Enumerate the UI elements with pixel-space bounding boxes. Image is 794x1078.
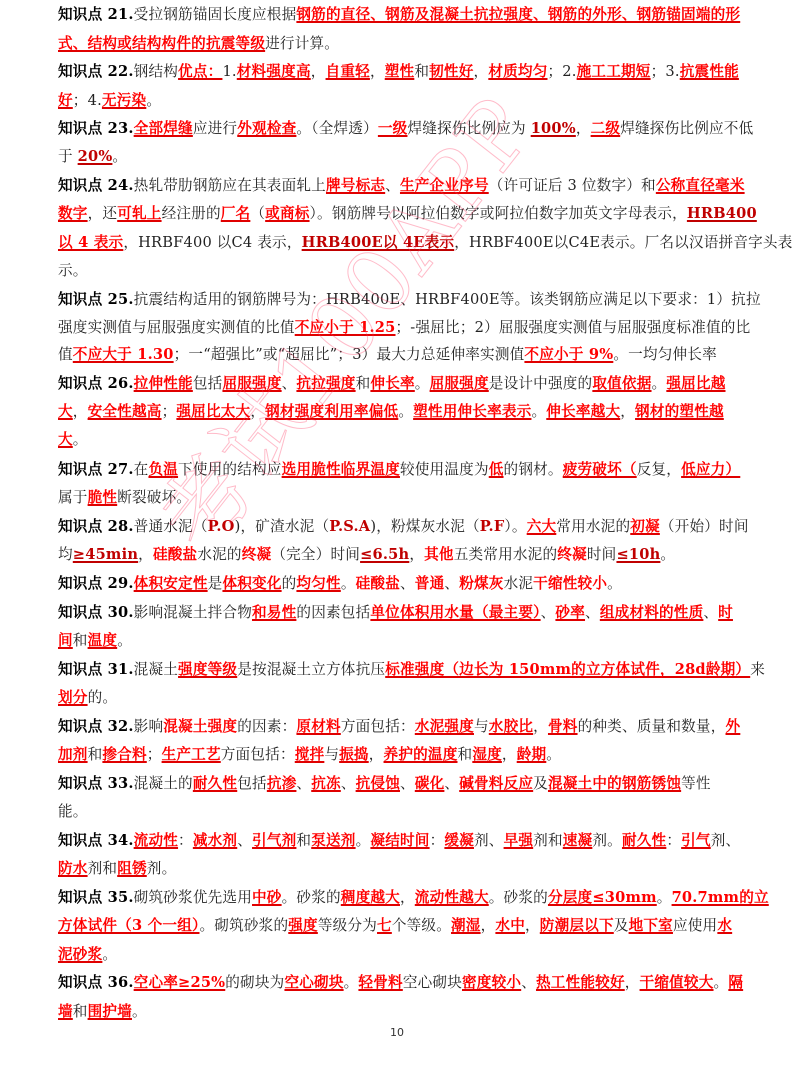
- body-text: 。: [657, 889, 672, 906]
- text-line: 数字，还可轧上经注册的厂名（或商标）。钢筋牌号以阿拉伯数字或阿拉伯数字加英文字母…: [58, 201, 757, 227]
- body-text: 的种类、质量和数量，: [578, 718, 726, 735]
- highlighted-key-term: 抗侵蚀: [356, 775, 400, 792]
- body-text: 的钢材。: [504, 461, 563, 478]
- body-text: ；-强屈比；2）屈服强度实测值与屈服强度标准值的比: [396, 319, 751, 336]
- body-text: 属于: [58, 489, 88, 506]
- knowledge-point-label: 知识点 21.: [58, 6, 134, 23]
- highlighted-key-term: 泥砂浆: [58, 946, 102, 963]
- highlighted-key-term: 疲劳破坏（: [563, 461, 637, 478]
- body-text: 断裂破坏。: [117, 489, 191, 506]
- highlighted-key-term: 以 4 表示: [58, 234, 123, 251]
- emphasized-term: 粉煤灰: [459, 575, 503, 592]
- body-text: 、: [237, 832, 252, 849]
- body-text: 剂和: [533, 832, 563, 849]
- body-text: 混凝土: [134, 661, 178, 678]
- body-text: ：: [430, 832, 445, 849]
- highlighted-value: ≤6.5h: [360, 546, 409, 563]
- highlighted-key-term: 伸长率越大: [546, 403, 620, 420]
- body-text: ）。: [504, 518, 526, 535]
- body-text: ，: [625, 974, 640, 991]
- body-text: 。砂浆的: [489, 889, 548, 906]
- body-text: ，: [400, 889, 415, 906]
- highlighted-key-term: 外: [726, 718, 741, 735]
- highlighted-key-term: 分层度≤30mm: [548, 889, 657, 906]
- emphasized-term: 终凝: [557, 546, 587, 563]
- body-text: 的。: [88, 689, 118, 706]
- body-text: 及: [614, 917, 629, 934]
- highlighted-key-term: 或商标: [265, 205, 309, 222]
- text-line: 大，安全性越高；强屈比太大，钢材强度利用率偏低。塑性用伸长率表示。伸长率越大，钢…: [58, 399, 724, 425]
- body-text: 等级分为: [318, 917, 377, 934]
- text-line: 知识点 32.影响混凝土强度的因素：原材料方面包括：水泥强度与水胶比，骨料的种类…: [58, 714, 740, 740]
- highlighted-key-term: 厂名: [221, 205, 251, 222]
- highlighted-key-term: 优点：: [178, 63, 222, 80]
- body-text: 、: [444, 775, 459, 792]
- body-text: 反复，: [637, 461, 681, 478]
- body-text: 、: [296, 775, 311, 792]
- body-text: 影响: [134, 718, 164, 735]
- highlighted-key-term: 划分: [58, 689, 88, 706]
- body-text: 个等级。: [392, 917, 451, 934]
- body-text: 混凝土的: [134, 775, 193, 792]
- body-text: 的因素包括: [296, 604, 370, 621]
- text-line: 间和温度。: [58, 628, 132, 654]
- body-text: 。: [117, 632, 132, 649]
- body-text: 均: [58, 546, 73, 563]
- highlighted-key-term: 间: [58, 632, 73, 649]
- body-text: 钢结构: [134, 63, 178, 80]
- highlighted-key-term: 方体试件（3 个一组）: [58, 917, 199, 934]
- highlighted-key-term: 标准强度（边长为 150mm的立方体试件，28d龄期）: [385, 661, 750, 678]
- knowledge-point-label: 知识点 23.: [58, 120, 134, 137]
- knowledge-point-label: 知识点 34.: [58, 832, 134, 849]
- highlighted-value: 20%: [78, 148, 113, 165]
- highlighted-key-term: 热工性能较好: [536, 974, 625, 991]
- highlighted-key-term: 施工工期短: [577, 63, 651, 80]
- body-text: ，: [502, 746, 517, 763]
- highlighted-key-term: 不应大于 1.30: [73, 346, 174, 363]
- body-text: ，: [73, 403, 88, 420]
- highlighted-key-term: 大: [58, 403, 73, 420]
- body-text: 。: [546, 746, 561, 763]
- body-text: ，: [250, 403, 265, 420]
- body-text: 。: [102, 946, 117, 963]
- body-text: 在: [134, 461, 149, 478]
- highlighted-key-term: 凝结时间: [370, 832, 429, 849]
- body-text: ；: [147, 746, 162, 763]
- body-text: 方面包括：: [221, 746, 295, 763]
- body-text: 。砂浆的: [282, 889, 341, 906]
- body-text: ；4.: [73, 92, 102, 109]
- highlighted-key-term: 六大: [527, 518, 557, 535]
- highlighted-key-term: 大: [58, 431, 73, 448]
- highlighted-key-term: 数字: [58, 205, 88, 222]
- body-text: 是设计中强度的: [489, 375, 593, 392]
- body-text: ；2.: [548, 63, 577, 80]
- body-text: 来: [750, 661, 765, 678]
- text-line: 示。: [58, 258, 88, 284]
- highlighted-key-term: 抗冻: [311, 775, 341, 792]
- highlighted-key-term: 和易性: [252, 604, 296, 621]
- highlighted-key-term: 组成材料的性质: [600, 604, 704, 621]
- highlighted-key-term: 速凝: [563, 832, 593, 849]
- highlighted-key-term: 选用脆性临界温度: [282, 461, 400, 478]
- text-line: 知识点 25.抗震结构适用的钢筋牌号为：HRB400E、HRBF400E等。该类…: [58, 287, 761, 313]
- text-line: 划分的。: [58, 685, 117, 711]
- body-text: 应使用: [673, 917, 717, 934]
- highlighted-value: HRB400E以 4E表示: [302, 234, 455, 251]
- body-text: ，: [369, 746, 384, 763]
- highlighted-key-term: 湿度: [472, 746, 502, 763]
- body-text: ；: [162, 403, 177, 420]
- body-text: 时间: [587, 546, 617, 563]
- body-text: 。: [607, 575, 622, 592]
- highlighted-value: HRB400: [687, 205, 757, 222]
- body-text: 的: [282, 575, 297, 592]
- body-text: ）。钢筋牌号以阿拉伯数字或阿拉伯数字加英文字母表示，: [310, 205, 687, 222]
- highlighted-key-term: 抗渗: [267, 775, 297, 792]
- highlighted-key-term: 初凝: [630, 518, 660, 535]
- cement-code: P.F: [480, 518, 505, 535]
- body-text: 等性: [681, 775, 711, 792]
- highlighted-key-term: 搅拌: [295, 746, 325, 763]
- text-line: 知识点 30.影响混凝土拌合物和易性的因素包括单位体积用水量（最主要）、砂率、组…: [58, 600, 733, 626]
- text-line: 式、结构或结构构件的抗震等级进行计算。: [58, 31, 339, 57]
- highlighted-key-term: 生产企业序号: [400, 177, 489, 194]
- highlighted-key-term: 振捣: [339, 746, 369, 763]
- body-text: ；一“超强比”或“超屈比”；3）最大力总延伸率实测值: [174, 346, 525, 363]
- text-line: 知识点 22.钢结构优点：1.材料强度高，自重轻，塑性和韧性好，材质均匀；2.施…: [58, 59, 739, 85]
- highlighted-key-term: 牌号标志: [326, 177, 385, 194]
- text-line: 知识点 24.热轧带肋钢筋应在其表面轧上牌号标志、生产企业序号（许可证后 3 位…: [58, 173, 745, 199]
- body-text: 的砌块为: [225, 974, 284, 991]
- body-text: 。: [73, 431, 88, 448]
- highlighted-key-term: 单位体积用水量（最主要）: [370, 604, 540, 621]
- highlighted-key-term: 韧性好: [429, 63, 473, 80]
- cement-code: P.S.A: [329, 518, 370, 535]
- highlighted-key-term: 式、结构或结构构件的抗震等级: [58, 35, 265, 52]
- knowledge-point-label: 知识点 25.: [58, 291, 134, 308]
- text-line: 知识点 21.受拉钢筋锚固长度应根据钢筋的直径、钢筋及混凝土抗拉强度、钢筋的外形…: [58, 2, 740, 28]
- body-text: ，还: [88, 205, 118, 222]
- text-line: 强度实测值与屈服强度实测值的比值不应小于 1.25；-强屈比；2）屈服强度实测值…: [58, 315, 750, 341]
- highlighted-key-term: 七: [377, 917, 392, 934]
- text-line: 好；4.无污染。: [58, 88, 161, 114]
- highlighted-value: 100%: [531, 120, 576, 137]
- body-text: （许可证后 3 位数字）和: [489, 177, 656, 194]
- highlighted-key-term: 干缩值较大: [640, 974, 714, 991]
- text-line: 属于脆性断裂破坏。: [58, 485, 191, 511]
- highlighted-key-term: 碱骨料反应: [459, 775, 533, 792]
- body-text: 、: [703, 604, 718, 621]
- highlighted-key-term: 掺合料: [102, 746, 146, 763]
- text-line: 知识点 35.砌筑砂浆优先选用中砂。砂浆的稠度越大，流动性越大。砂浆的分层度≤3…: [58, 885, 769, 911]
- body-text: 。: [344, 974, 359, 991]
- text-line: 泥砂浆。: [58, 942, 117, 968]
- body-text: 水泥的: [197, 546, 241, 563]
- highlighted-key-term: 墙: [58, 1003, 73, 1020]
- highlighted-key-term: 防水: [58, 860, 88, 877]
- highlighted-key-term: 温度: [88, 632, 118, 649]
- highlighted-key-term: 自重轻: [326, 63, 370, 80]
- body-text: 和: [296, 832, 311, 849]
- highlighted-key-term: 体积安定性: [134, 575, 208, 592]
- body-text: ，HRBF400 以C4 表示，: [123, 234, 301, 251]
- highlighted-key-term: 材质均匀: [488, 63, 547, 80]
- knowledge-point-label: 知识点 35.: [58, 889, 134, 906]
- highlighted-key-term: 强屈比越: [666, 375, 725, 392]
- highlighted-key-term: 水: [717, 917, 732, 934]
- emphasized-term: 终凝: [242, 546, 272, 563]
- body-text: 和: [73, 1003, 88, 1020]
- body-text: 剂和: [88, 860, 118, 877]
- highlighted-key-term: 耐久性: [622, 832, 666, 849]
- body-text: ，: [525, 917, 540, 934]
- body-text: 抗震结构适用的钢筋牌号为：HRB400E、HRBF400E等。该类钢筋应满足以下…: [134, 291, 761, 308]
- body-text: 五类常用水泥的: [454, 546, 558, 563]
- highlighted-key-term: 潮湿: [451, 917, 481, 934]
- body-text: 1.: [222, 63, 236, 80]
- text-line: 知识点 26.拉伸性能包括屈服强度、抗拉强度和伸长率。屈服强度是设计中强度的取值…: [58, 371, 726, 397]
- document-page: 知识点 21.受拉钢筋锚固长度应根据钢筋的直径、钢筋及混凝土抗拉强度、钢筋的外形…: [0, 0, 794, 1078]
- highlighted-key-term: 混凝土中的钢筋锈蚀: [548, 775, 681, 792]
- knowledge-point-label: 知识点 22.: [58, 63, 134, 80]
- highlighted-key-term: 屈服强度: [430, 375, 489, 392]
- text-line: 知识点 31.混凝土强度等级是按混凝土立方体抗压标准强度（边长为 150mm的立…: [58, 657, 765, 683]
- highlighted-key-term: 负温: [148, 461, 178, 478]
- body-text: 。一均匀伸长率: [613, 346, 717, 363]
- text-line: 以 4 表示，HRBF400 以C4 表示，HRB400E以 4E表示，HRBF…: [58, 230, 793, 256]
- body-text: 是按混凝土立方体抗压: [237, 661, 385, 678]
- highlighted-key-term: 轻骨料: [358, 974, 402, 991]
- highlighted-key-term: 养护的温度: [384, 746, 458, 763]
- body-text: 于: [58, 148, 78, 165]
- body-text: 焊缝探伤比例应不低: [620, 120, 753, 137]
- highlighted-key-term: 砂率: [555, 604, 585, 621]
- highlighted-key-term: 防潮层以下: [540, 917, 614, 934]
- body-text: ：: [178, 832, 193, 849]
- body-text: 。: [341, 575, 356, 592]
- text-line: 知识点 27.在负温下使用的结构应选用脆性临界温度较使用温度为低的钢材。疲劳破坏…: [58, 457, 740, 483]
- knowledge-point-label: 知识点 27.: [58, 461, 134, 478]
- highlighted-key-term: 缓凝: [444, 832, 474, 849]
- body-text: 。: [112, 148, 127, 165]
- text-line: 能。: [58, 799, 88, 825]
- body-text: 。: [415, 375, 430, 392]
- highlighted-key-term: 稠度越大: [341, 889, 400, 906]
- highlighted-key-term: 隔: [728, 974, 743, 991]
- body-text: 。: [132, 1003, 147, 1020]
- body-text: 剂。: [592, 832, 622, 849]
- body-text: 下使用的结构应: [178, 461, 282, 478]
- body-text: 能。: [58, 803, 88, 820]
- text-line: 知识点 23.全部焊缝应进行外观检查。（全焊透）一级焊缝探伤比例应为 100%，…: [58, 116, 753, 142]
- highlighted-key-term: 时: [718, 604, 733, 621]
- emphasized-term: 干缩性较小: [533, 575, 607, 592]
- highlighted-key-term: 塑性: [385, 63, 415, 80]
- highlighted-key-term: 减水剂: [193, 832, 237, 849]
- body-text: ，: [620, 403, 635, 420]
- body-text: 方面包括：: [341, 718, 415, 735]
- highlighted-key-term: 无污染: [102, 92, 146, 109]
- body-text: （完全）时间: [271, 546, 360, 563]
- body-text: 是: [208, 575, 223, 592]
- text-line: 知识点 28.普通水泥（P.O)，矿渣水泥（P.S.A)，粉煤灰水泥（P.F）。…: [58, 514, 749, 540]
- body-text: 、: [282, 375, 297, 392]
- body-text: 和: [458, 746, 473, 763]
- knowledge-point-label: 知识点 33.: [58, 775, 134, 792]
- body-text: 。: [146, 92, 161, 109]
- highlighted-key-term: 低: [489, 461, 504, 478]
- highlighted-key-term: 全部焊缝: [134, 120, 193, 137]
- knowledge-point-label: 知识点 30.: [58, 604, 134, 621]
- highlighted-key-term: 低应力）: [681, 461, 740, 478]
- knowledge-point-label: 知识点 32.: [58, 718, 134, 735]
- body-text: 、: [541, 604, 556, 621]
- text-line: 加剂和掺合料；生产工艺方面包括：搅拌与振捣，养护的温度和湿度，龄期。: [58, 742, 561, 768]
- body-text: 应进行: [193, 120, 237, 137]
- body-text: 包括: [193, 375, 223, 392]
- highlighted-key-term: 围护墙: [88, 1003, 132, 1020]
- highlighted-key-term: 取值依据: [592, 375, 651, 392]
- body-text: 。: [652, 375, 667, 392]
- body-text: )，矿渣水泥（: [235, 518, 330, 535]
- body-text: 示。: [58, 262, 88, 279]
- body-text: 剂、: [711, 832, 741, 849]
- text-line: 知识点 36.空心率≥25%的砌块为空心砌块。轻骨料空心砌块密度较小、热工性能较…: [58, 970, 743, 996]
- text-line: 知识点 29.体积安定性是体积变化的均匀性。硅酸盐、普通、粉煤灰水泥干缩性较小。: [58, 571, 622, 597]
- highlighted-key-term: 空心率≥25%: [134, 974, 226, 991]
- highlighted-key-term: 材料强度高: [237, 63, 311, 80]
- highlighted-key-term: 抗拉强度: [296, 375, 355, 392]
- highlighted-key-term: 密度较小: [462, 974, 521, 991]
- highlighted-key-term: 碳化: [415, 775, 445, 792]
- emphasized-term: 普通: [415, 575, 445, 592]
- highlighted-key-term: 空心砌块: [284, 974, 343, 991]
- body-text: ，: [533, 718, 548, 735]
- highlighted-key-term: 抗震性能: [680, 63, 739, 80]
- highlighted-key-term: 耐久性: [193, 775, 237, 792]
- body-text: 、: [341, 775, 356, 792]
- body-text: （开始）时间: [660, 518, 749, 535]
- body-text: 、: [444, 575, 459, 592]
- body-text: 强度实测值与屈服强度实测值的比值: [58, 319, 295, 336]
- body-text: 和: [414, 63, 429, 80]
- body-text: 。: [356, 832, 371, 849]
- body-text: 进行计算。: [265, 35, 339, 52]
- text-line: 均≥45min，硅酸盐水泥的终凝（完全）时间≤6.5h，其他五类常用水泥的终凝时…: [58, 542, 675, 568]
- highlighted-key-term: 可轧上: [117, 205, 161, 222]
- highlighted-key-term: 屈服强度: [222, 375, 281, 392]
- highlighted-key-term: 流动性: [134, 832, 178, 849]
- highlighted-key-term: 钢材的塑性越: [635, 403, 724, 420]
- highlighted-key-term: 水泥强度: [415, 718, 474, 735]
- body-text: 。（全焊透）: [296, 120, 377, 137]
- highlighted-value: ≥45min: [73, 546, 138, 563]
- text-line: 知识点 34.流动性：减水剂、引气剂和泵送剂。凝结时间：缓凝剂、早强剂和速凝剂。…: [58, 828, 740, 854]
- highlighted-key-term: 好: [58, 92, 73, 109]
- body-text: 。: [660, 546, 675, 563]
- knowledge-point-label: 知识点 24.: [58, 177, 134, 194]
- highlighted-key-term: 强屈比太大: [176, 403, 250, 420]
- text-line: 方体试件（3 个一组）。砌筑砂浆的强度等级分为七个等级。潮湿，水中，防潮层以下及…: [58, 913, 732, 939]
- body-text: 。砌筑砂浆的: [199, 917, 288, 934]
- emphasized-term: 其他: [424, 546, 454, 563]
- body-text: 与: [324, 746, 339, 763]
- body-text: ，: [311, 63, 326, 80]
- cement-code: P.O: [208, 518, 235, 535]
- highlighted-key-term: 泵送剂: [311, 832, 355, 849]
- highlighted-key-term: 生产工艺: [162, 746, 221, 763]
- body-text: 、: [585, 604, 600, 621]
- body-text: 常用水泥的: [556, 518, 630, 535]
- body-text: （: [250, 205, 265, 222]
- highlighted-key-term: 伸长率: [370, 375, 414, 392]
- highlighted-key-term: 二级: [591, 120, 621, 137]
- highlighted-key-term: 脆性: [88, 489, 118, 506]
- knowledge-point-label: 知识点 28.: [58, 518, 134, 535]
- body-text: ，: [481, 917, 496, 934]
- body-text: 。: [714, 974, 729, 991]
- body-text: 较使用温度为: [400, 461, 489, 478]
- body-text: 、: [400, 575, 415, 592]
- body-text: 剂、: [474, 832, 504, 849]
- highlighted-key-term: 引气剂: [252, 832, 296, 849]
- highlighted-key-term: 均匀性: [296, 575, 340, 592]
- highlighted-key-term: 安全性越高: [88, 403, 162, 420]
- highlighted-key-term: 加剂: [58, 746, 88, 763]
- highlighted-key-term: 钢材强度利用率偏低: [265, 403, 398, 420]
- highlighted-key-term: 公称直径毫米: [656, 177, 745, 194]
- body-text: 和: [356, 375, 371, 392]
- highlighted-key-term: 流动性越大: [415, 889, 489, 906]
- highlighted-key-term: 骨料: [548, 718, 578, 735]
- body-text: 受拉钢筋锚固长度应根据: [134, 6, 297, 23]
- highlighted-key-term: 塑性用伸长率表示: [413, 403, 531, 420]
- highlighted-key-term: 70.7mm的立: [672, 889, 769, 906]
- highlighted-key-term: 水中: [495, 917, 525, 934]
- body-text: 热轧带肋钢筋应在其表面轧上: [134, 177, 326, 194]
- body-text: 。: [531, 403, 546, 420]
- body-text: ，: [576, 120, 591, 137]
- highlighted-key-term: 拉伸性能: [134, 375, 193, 392]
- body-text: 、: [385, 177, 400, 194]
- body-text: 经注册的: [162, 205, 221, 222]
- highlighted-key-term: 早强: [504, 832, 534, 849]
- highlighted-key-term: 地下室: [629, 917, 673, 934]
- emphasized-term: 硅酸盐: [356, 575, 400, 592]
- highlighted-key-term: 一级: [378, 120, 408, 137]
- text-line: 于 20%。: [58, 144, 127, 170]
- text-line: 值不应大于 1.30；一“超强比”或“超屈比”；3）最大力总延伸率实测值不应小于…: [58, 342, 717, 368]
- body-text: 的因素：: [237, 718, 296, 735]
- highlighted-key-term: 体积变化: [222, 575, 281, 592]
- highlighted-key-term: 水胶比: [489, 718, 533, 735]
- text-line: 知识点 33.混凝土的耐久性包括抗渗、抗冻、抗侵蚀、碳化、碱骨料反应及混凝土中的…: [58, 771, 711, 797]
- body-text: 普通水泥（: [134, 518, 208, 535]
- highlighted-key-term: 阻锈: [117, 860, 147, 877]
- highlighted-key-term: 原材料: [296, 718, 340, 735]
- body-text: 及: [533, 775, 548, 792]
- body-text: ，: [138, 546, 153, 563]
- highlighted-key-term: 龄期: [517, 746, 547, 763]
- body-text: 、: [521, 974, 536, 991]
- knowledge-point-label: 知识点 36.: [58, 974, 134, 991]
- body-text: ，HRBF400E以C4E表示。厂名以汉语拼音字头表: [454, 234, 792, 251]
- emphasized-term: 混凝土强度: [163, 718, 237, 735]
- body-text: 剂。: [147, 860, 177, 877]
- body-text: 和: [88, 746, 103, 763]
